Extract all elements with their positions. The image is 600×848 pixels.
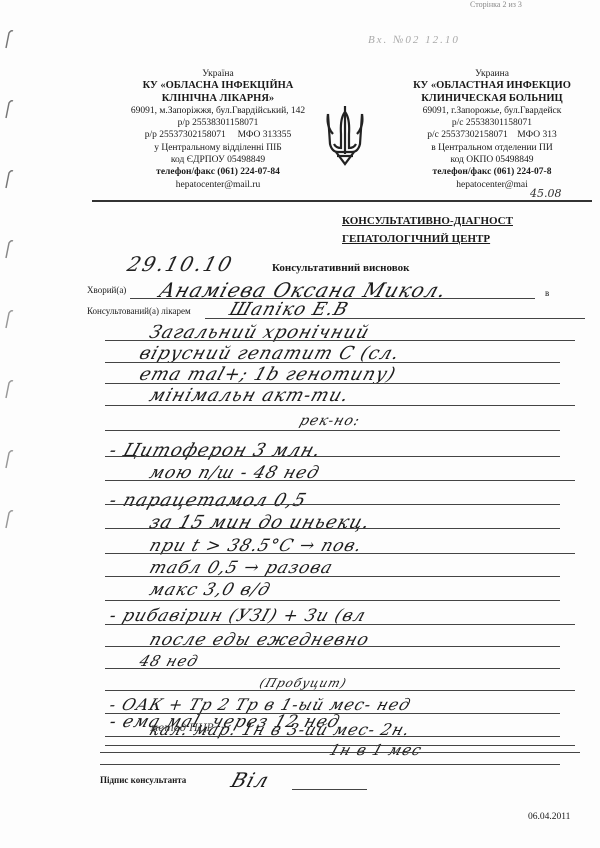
edrpou: код ЄДРПОУ 05498849 bbox=[118, 154, 318, 166]
ruled-line bbox=[105, 646, 560, 647]
trident-icon bbox=[324, 104, 366, 168]
center-title: КОНСУЛЬТАТИВНО-ДІАГНОСТ ГЕПАТОЛОГІЧНИЙ Ц… bbox=[342, 212, 513, 248]
org-name-line2: КЛИНИЧЕСКАЯ БОЛЬНИЦ bbox=[392, 93, 592, 105]
handwritten-line: за 15 мин до иньекц. bbox=[147, 512, 374, 533]
ruled-line bbox=[105, 405, 575, 406]
ruled-line bbox=[105, 528, 560, 529]
account2: р/с 25537302158071 МФО 313 bbox=[392, 129, 592, 141]
footer-date: 06.04.2011 bbox=[528, 812, 570, 822]
ruled-line bbox=[105, 624, 575, 625]
ruled-line bbox=[105, 668, 560, 669]
account2: р/р 25537302158071 МФО 313355 bbox=[118, 129, 318, 141]
binder-mark bbox=[4, 168, 14, 190]
right-stamp-note: 45.08 bbox=[530, 187, 562, 200]
letterhead-left: Україна КУ «ОБЛАСНА ІНФЕКЦІЙНА КЛІНІЧНА … bbox=[118, 68, 318, 191]
binder-mark bbox=[4, 238, 14, 260]
country: Украина bbox=[392, 68, 592, 80]
phone: телефон/факс (061) 224-07-84 bbox=[118, 166, 318, 178]
handwritten-line: - рибавірин (УЗІ) + Зи (вл bbox=[107, 606, 369, 626]
ruled-line bbox=[105, 576, 560, 577]
handwritten-date: 29.10.10 bbox=[125, 252, 236, 276]
patient-label: Хворий(а) bbox=[87, 285, 126, 295]
handwritten-line: - ема маl. через 12 нед bbox=[107, 712, 343, 732]
handwritten-line: рек-но: bbox=[297, 413, 362, 429]
ruled-line bbox=[105, 340, 575, 341]
form-title: Консультативний висновок bbox=[272, 262, 409, 274]
handwritten-line: мінімальн акт-ти. bbox=[147, 385, 353, 406]
page-number-note: Сторінка 2 из 3 bbox=[470, 0, 522, 9]
handwritten-line: вірусний гепатит С (сл. bbox=[137, 343, 403, 364]
ruled-line bbox=[105, 713, 560, 714]
header-divider bbox=[92, 200, 592, 202]
binder-mark bbox=[4, 98, 14, 120]
center-title-line1: КОНСУЛЬТАТИВНО-ДІАГНОСТ bbox=[342, 212, 513, 230]
account1: р/с 25538301158071 bbox=[392, 117, 592, 129]
ruled-line bbox=[100, 752, 580, 753]
email: hepatocenter@mai bbox=[392, 179, 592, 191]
ruled-line bbox=[105, 736, 560, 737]
letterhead-right: Украина КУ «ОБЛАСТНАЯ ИНФЕКЦИО КЛИНИЧЕСК… bbox=[392, 68, 600, 191]
binder-mark bbox=[4, 378, 14, 400]
handwritten-line: - Цитоферон 3 млн. bbox=[107, 440, 325, 461]
ruled-line bbox=[105, 504, 560, 505]
bank: у Центральному відділенні ПІБ bbox=[118, 142, 318, 154]
handwritten-line: (Пробуцит) bbox=[258, 676, 349, 690]
address: 69091, м.Запоріжжя, бул.Гвардійський, 14… bbox=[118, 105, 318, 117]
bank: в Центральном отделении ПИ bbox=[392, 142, 592, 154]
handwritten-line: - парацетамол 0,5 bbox=[107, 490, 310, 511]
ruled-line bbox=[100, 764, 560, 765]
handwritten-line: табл 0,5 → разова bbox=[147, 558, 336, 578]
country: Україна bbox=[118, 68, 318, 80]
ruled-line bbox=[105, 745, 575, 746]
ruled-line bbox=[105, 600, 560, 601]
account1: р/р 25538301158071 bbox=[118, 117, 318, 129]
okpo: код ОКПО 05498849 bbox=[392, 154, 592, 166]
ruled-line bbox=[105, 383, 560, 384]
phone: телефон/факс (061) 224-07-8 bbox=[392, 166, 592, 178]
incoming-stamp: Вх. №02 12.10 bbox=[368, 34, 460, 46]
binder-mark bbox=[4, 308, 14, 330]
email: hepatocenter@mail.ru bbox=[118, 179, 318, 191]
ruled-line bbox=[105, 690, 575, 691]
signature-label: Підпис консультанта bbox=[100, 775, 186, 785]
signature-line bbox=[292, 789, 367, 790]
ruled-line bbox=[105, 480, 575, 481]
address: 69091, г.Запорожье, бул.Гвардейск bbox=[392, 105, 592, 117]
patient-suffix: в bbox=[545, 288, 549, 298]
ruled-line bbox=[105, 553, 575, 554]
signature: Віл bbox=[228, 768, 273, 792]
ruled-line bbox=[105, 456, 560, 457]
org-name-line2: КЛІНІЧНА ЛІКАРНЯ» bbox=[118, 93, 318, 105]
ruled-line bbox=[105, 430, 560, 431]
org-name-line1: КУ «ОБЛАСНА ІНФЕКЦІЙНА bbox=[118, 80, 318, 92]
doctor-name: Шапіко Е.В bbox=[227, 299, 352, 320]
binder-mark bbox=[4, 28, 14, 50]
handwritten-line: после еды ежедневно bbox=[147, 630, 372, 650]
binder-mark bbox=[4, 508, 14, 530]
handwritten-line: макс 3,0 в/д bbox=[147, 580, 274, 600]
doctor-label: Консультований(а) лікарем bbox=[87, 306, 191, 316]
method-annotation: метод ПЦР bbox=[150, 723, 213, 734]
org-name-line1: КУ «ОБЛАСТНАЯ ИНФЕКЦИО bbox=[392, 80, 592, 92]
handwritten-line: ema mal+; 1b генотипу) bbox=[137, 364, 399, 385]
ruled-line bbox=[105, 362, 560, 363]
center-title-line2: ГЕПАТОЛОГІЧНИЙ ЦЕНТР bbox=[342, 230, 513, 248]
doctor-line bbox=[205, 318, 585, 319]
handwritten-line: 1н в 1 мес bbox=[327, 741, 425, 759]
binder-mark bbox=[4, 448, 14, 470]
